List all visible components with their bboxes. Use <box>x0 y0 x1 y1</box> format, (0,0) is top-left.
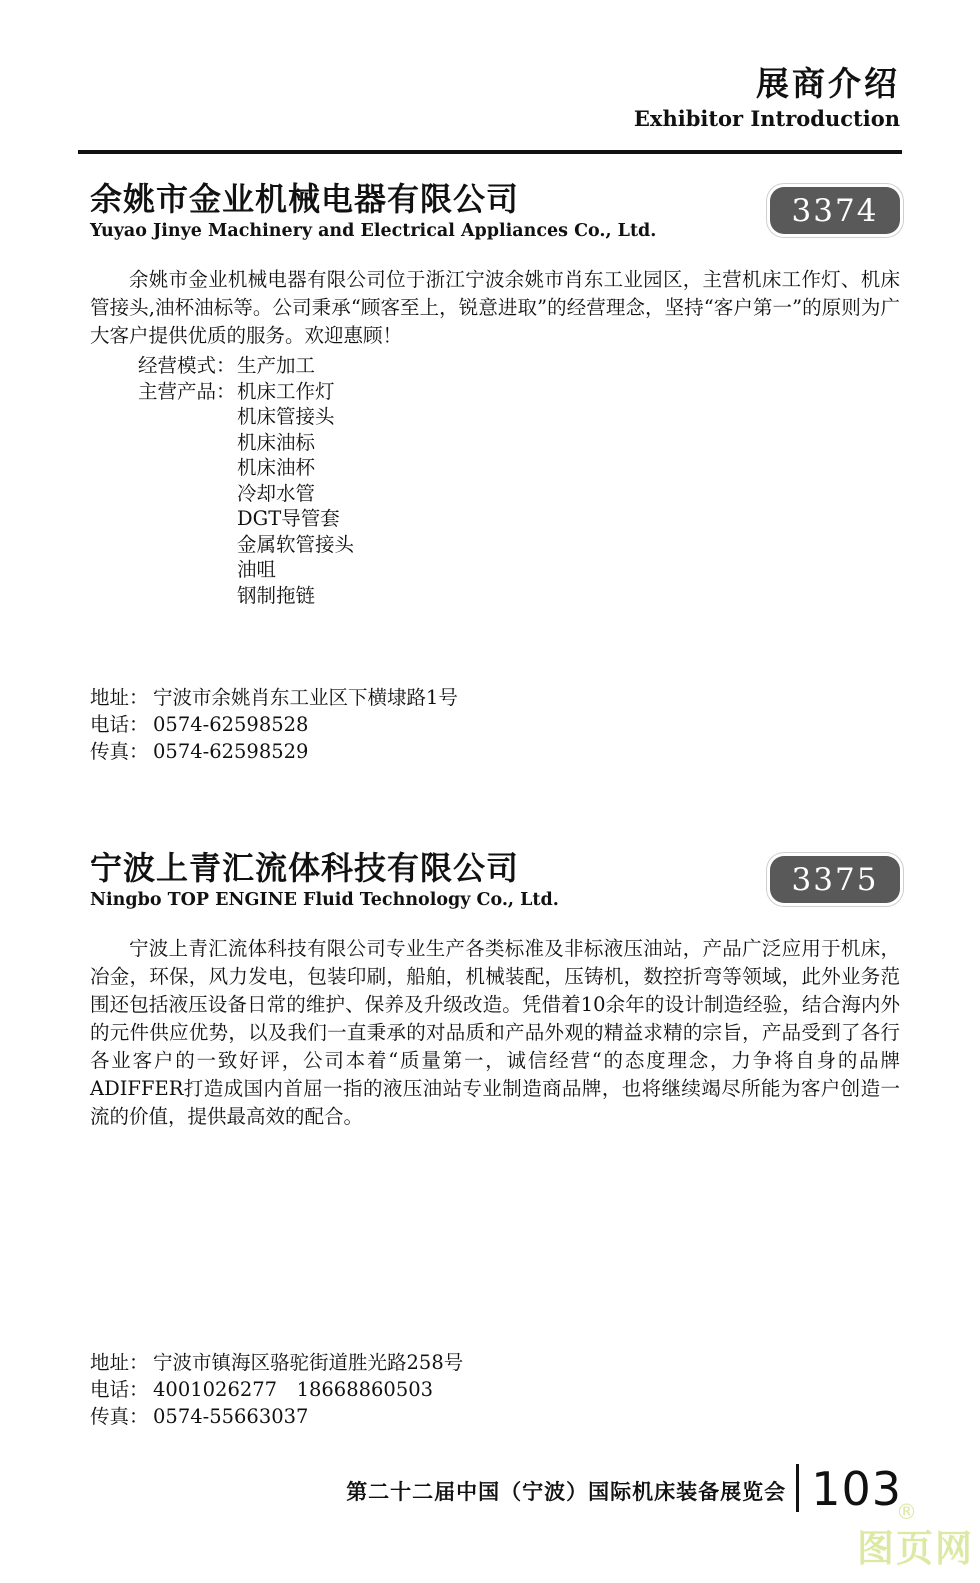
product-item: 油咀 <box>237 557 354 583</box>
product-item: 机床工作灯 <box>237 379 354 405</box>
exhibitor-description: 宁波上青汇流体科技有限公司专业生产各类标准及非标液压油站，产品广泛应用于机床，冶… <box>90 935 900 1131</box>
exhibitor-section-3374: 余姚市金业机械电器有限公司 Yuyao Jinye Machinery and … <box>90 180 900 608</box>
product-item: 机床油杯 <box>237 455 354 481</box>
address-value: 宁波市余姚肖东工业区下横埭路1号 <box>153 684 458 711</box>
address-row: 地址： 宁波市余姚肖东工业区下横埭路1号 <box>90 684 458 711</box>
address-row: 地址： 宁波市镇海区骆驼街道胜光路258号 <box>90 1349 463 1376</box>
watermark-text: 图页网 <box>844 1518 974 1572</box>
product-item: 金属软管接头 <box>237 532 354 558</box>
fax-row: 传真： 0574-55663037 <box>90 1403 463 1430</box>
exhibitor-contact-3374: 地址： 宁波市余姚肖东工业区下横埭路1号 电话： 0574-62598528 传… <box>90 684 458 765</box>
product-list: 机床工作灯 机床管接头 机床油标 机床油杯 冷却水管 DGT导管套 金属软管接头… <box>237 379 354 609</box>
products-row: 主营产品： 机床工作灯 机床管接头 机床油标 机床油杯 冷却水管 DGT导管套 … <box>138 379 900 609</box>
phone-label: 电话： <box>90 1376 153 1403</box>
exhibitor-names: 余姚市金业机械电器有限公司 Yuyao Jinye Machinery and … <box>90 180 656 241</box>
page-title-zh: 展商介绍 <box>634 64 900 104</box>
fax-value: 0574-62598529 <box>153 738 308 765</box>
phone-value: 4001026277 18668860503 <box>153 1376 433 1403</box>
fax-row: 传真： 0574-62598529 <box>90 738 458 765</box>
catalog-page: 展商介绍 Exhibitor Introduction 余姚市金业机械电器有限公… <box>0 0 980 1583</box>
exhibitor-names: 宁波上青汇流体科技有限公司 Ningbo TOP ENGINE Fluid Te… <box>90 849 559 910</box>
page-footer: 第二十二届中国（宁波）国际机床装备展览会 103 <box>346 1464 902 1512</box>
product-item: DGT导管套 <box>237 506 354 532</box>
footer-divider <box>796 1464 799 1512</box>
exhibitor-contact-3375: 地址： 宁波市镇海区骆驼街道胜光路258号 电话： 4001026277 186… <box>90 1349 463 1430</box>
exhibitor-head: 宁波上青汇流体科技有限公司 Ningbo TOP ENGINE Fluid Te… <box>90 849 900 910</box>
exhibitor-name-zh: 余姚市金业机械电器有限公司 <box>90 180 656 218</box>
exhibitor-name-zh: 宁波上青汇流体科技有限公司 <box>90 849 559 887</box>
business-mode-label: 经营模式： <box>138 353 237 379</box>
phone-row: 电话： 0574-62598528 <box>90 711 458 738</box>
exhibitor-description: 余姚市金业机械电器有限公司位于浙江宁波余姚市肖东工业园区，主营机床工作灯、机床管… <box>90 266 900 350</box>
fax-value: 0574-55663037 <box>153 1403 308 1430</box>
exhibitor-name-en: Yuyao Jinye Machinery and Electrical App… <box>90 221 656 241</box>
registered-mark: ® <box>896 1500 917 1524</box>
page-header: 展商介绍 Exhibitor Introduction <box>634 64 900 131</box>
footer-event-name: 第二十二届中国（宁波）国际机床装备展览会 <box>346 1476 786 1512</box>
product-item: 钢制拖链 <box>237 583 354 609</box>
booth-number-badge: 3374 <box>770 187 900 234</box>
header-rule <box>78 150 902 154</box>
phone-row: 电话： 4001026277 18668860503 <box>90 1376 463 1403</box>
business-mode-row: 经营模式： 生产加工 <box>138 353 900 379</box>
product-item: 冷却水管 <box>237 481 354 507</box>
address-label: 地址： <box>90 684 153 711</box>
address-value: 宁波市镇海区骆驼街道胜光路258号 <box>153 1349 463 1376</box>
phone-value: 0574-62598528 <box>153 711 308 738</box>
address-label: 地址： <box>90 1349 153 1376</box>
page-title-en: Exhibitor Introduction <box>634 106 900 131</box>
fax-label: 传真： <box>90 738 153 765</box>
watermark: ® 图页网 <box>844 1500 974 1572</box>
booth-number-badge: 3375 <box>770 856 900 903</box>
phone-label: 电话： <box>90 711 153 738</box>
exhibitor-section-3375: 宁波上青汇流体科技有限公司 Ningbo TOP ENGINE Fluid Te… <box>90 849 900 1131</box>
exhibitor-details: 经营模式： 生产加工 主营产品： 机床工作灯 机床管接头 机床油标 机床油杯 冷… <box>138 353 900 608</box>
fax-label: 传真： <box>90 1403 153 1430</box>
products-label: 主营产品： <box>138 379 237 405</box>
product-item: 机床管接头 <box>237 404 354 430</box>
product-item: 机床油标 <box>237 430 354 456</box>
exhibitor-name-en: Ningbo TOP ENGINE Fluid Technology Co., … <box>90 890 559 910</box>
business-mode-value: 生产加工 <box>237 353 315 379</box>
exhibitor-head: 余姚市金业机械电器有限公司 Yuyao Jinye Machinery and … <box>90 180 900 241</box>
